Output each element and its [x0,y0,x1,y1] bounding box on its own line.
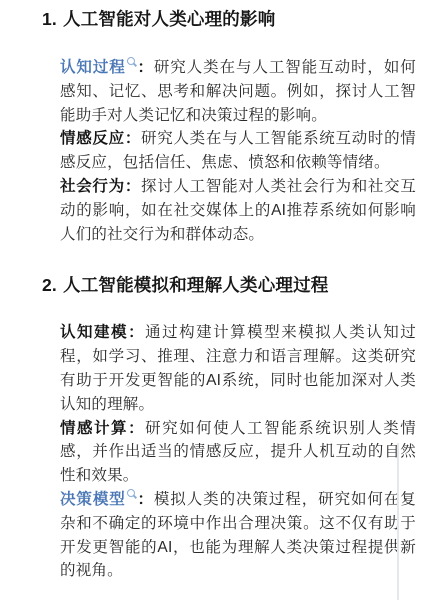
section-title-text: 人工智能对人类心理的影响 [63,9,275,29]
section: 2.人工智能模拟和理解人类心理过程 认知建模：通过构建计算模型来模拟人类认知过程… [0,275,437,583]
term-separator: ： [137,491,154,508]
definition-item: 情感计算：研究如何使人工智能系统识别人类情感，并作出适当的情感反应，提升人机互动… [60,417,416,488]
term-link[interactable]: 认知过程 [60,59,126,76]
document: 1.人工智能对人类心理的影响 认知过程：研究人类在与人工智能互动时，如何感知、记… [0,9,437,583]
section-title: 2.人工智能模拟和理解人类心理过程 [42,275,421,296]
section: 1.人工智能对人类心理的影响 认知过程：研究人类在与人工智能互动时，如何感知、记… [0,9,437,246]
definition-item: 决策模型：模拟人类的决策过程，研究如何在复杂和不确定的环境中作出合理决策。这不仅… [60,488,416,583]
section-number: 1. [42,9,57,29]
definition-list: 认知建模：通过构建计算模型来模拟人类认知过程，如学习、推理、注意力和语言理解。这… [60,321,416,583]
term-label: 情感反应 [60,130,125,147]
section-title-text: 人工智能模拟和理解人类心理过程 [63,275,329,295]
definition-item: 认知建模：通过构建计算模型来模拟人类认知过程，如学习、推理、注意力和语言理解。这… [60,321,416,416]
term-link[interactable]: 决策模型 [60,491,126,508]
page-edge-line [397,443,399,600]
section-number: 2. [42,275,57,295]
term-separator: ： [125,178,141,195]
search-citation-icon[interactable] [127,57,135,65]
definition-item: 情感反应：研究人类在与人工智能系统互动时的情感反应，包括信任、焦虑、愤怒和依赖等… [60,127,416,175]
term-separator: ： [128,420,145,437]
term-label: 情感计算 [60,420,128,437]
definition-list: 认知过程：研究人类在与人工智能互动时，如何感知、记忆、思考和解决问题。例如，探讨… [60,56,416,246]
term-label: 社会行为 [60,178,125,195]
term-separator: ： [125,130,141,147]
definition-item: 社会行为：探讨人工智能对人类社会行为和社交互动的影响，如在社交媒体上的AI推荐系… [60,175,416,246]
term-separator: ： [137,59,154,76]
term-label: 认知建模 [60,324,128,341]
definition-item: 认知过程：研究人类在与人工智能互动时，如何感知、记忆、思考和解决问题。例如，探讨… [60,56,416,127]
search-citation-icon[interactable] [127,489,135,497]
term-separator: ： [128,324,145,341]
section-title: 1.人工智能对人类心理的影响 [42,9,421,30]
